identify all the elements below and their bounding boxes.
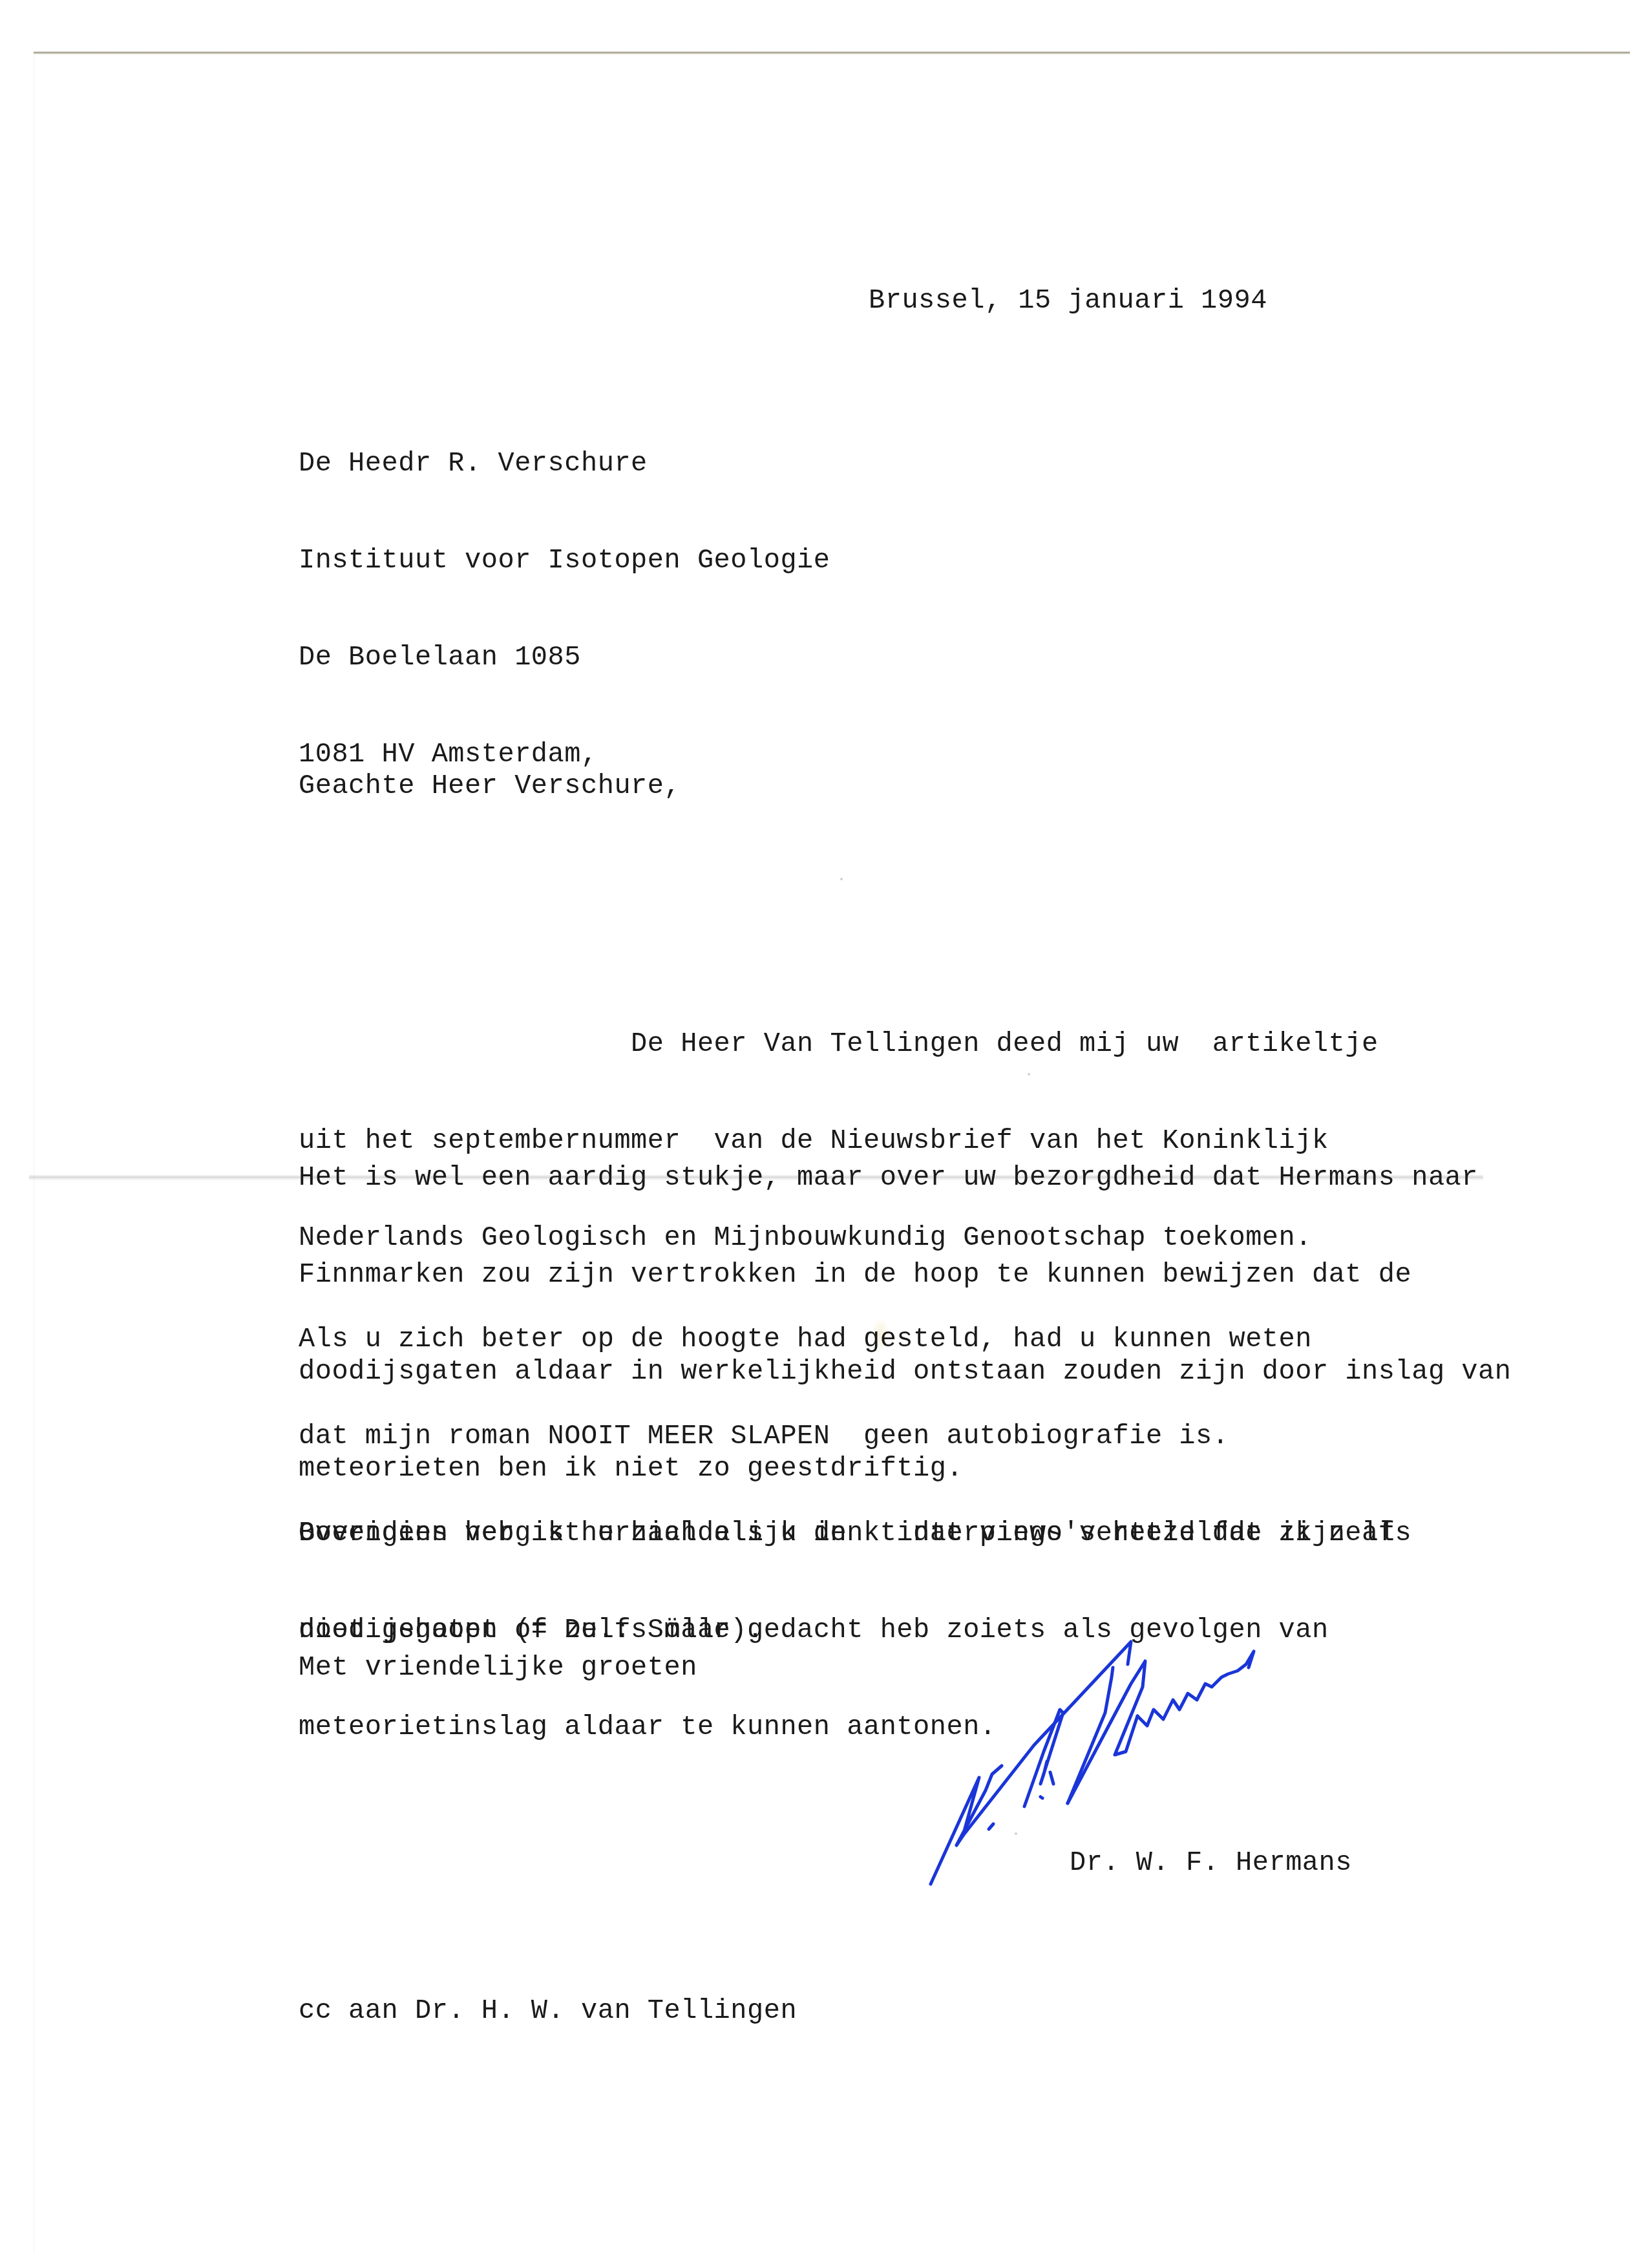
salutation: Geachte Heer Verschure,	[299, 770, 681, 802]
paper-speck	[1028, 1233, 1030, 1235]
place-date: Brussel, 15 januari 1994	[869, 284, 1267, 317]
paragraph-line: Het is wel een aardig stukje, maar over …	[299, 1161, 1511, 1194]
signer-name: Dr. W. F. Hermans	[1070, 1847, 1352, 1879]
recipient-address: De Heedr R. Verschure Instituut voor Iso…	[299, 383, 830, 803]
recipient-city: 1081 HV Amsterdam,	[299, 738, 830, 770]
paper-speck	[840, 878, 843, 880]
paper-speck	[1015, 1832, 1017, 1835]
paper-speck	[1028, 1073, 1030, 1076]
recipient-street: De Boelelaan 1085	[299, 641, 830, 673]
paragraph-line: dat mijn roman NOOIT MEER SLAPEN geen au…	[299, 1420, 1395, 1452]
closing: Met vriendelijke groeten	[299, 1651, 697, 1684]
paragraph-line: Overigens vergist u zich als u denkt dat…	[299, 1517, 1411, 1549]
cc-line: cc aan Dr. H. W. van Tellingen	[299, 1995, 797, 2027]
recipient-name: De Heedr R. Verschure	[299, 447, 830, 480]
recipient-institute: Instituut voor Isotopen Geologie	[299, 544, 830, 577]
page-top-edge	[34, 52, 1630, 54]
paragraph-line: De Heer Van Tellingen deed mij uw artike…	[299, 1028, 1379, 1060]
paragraph-line: Als u zich beter op de hoogte had gestel…	[299, 1323, 1395, 1355]
page-left-edge	[34, 54, 34, 2252]
